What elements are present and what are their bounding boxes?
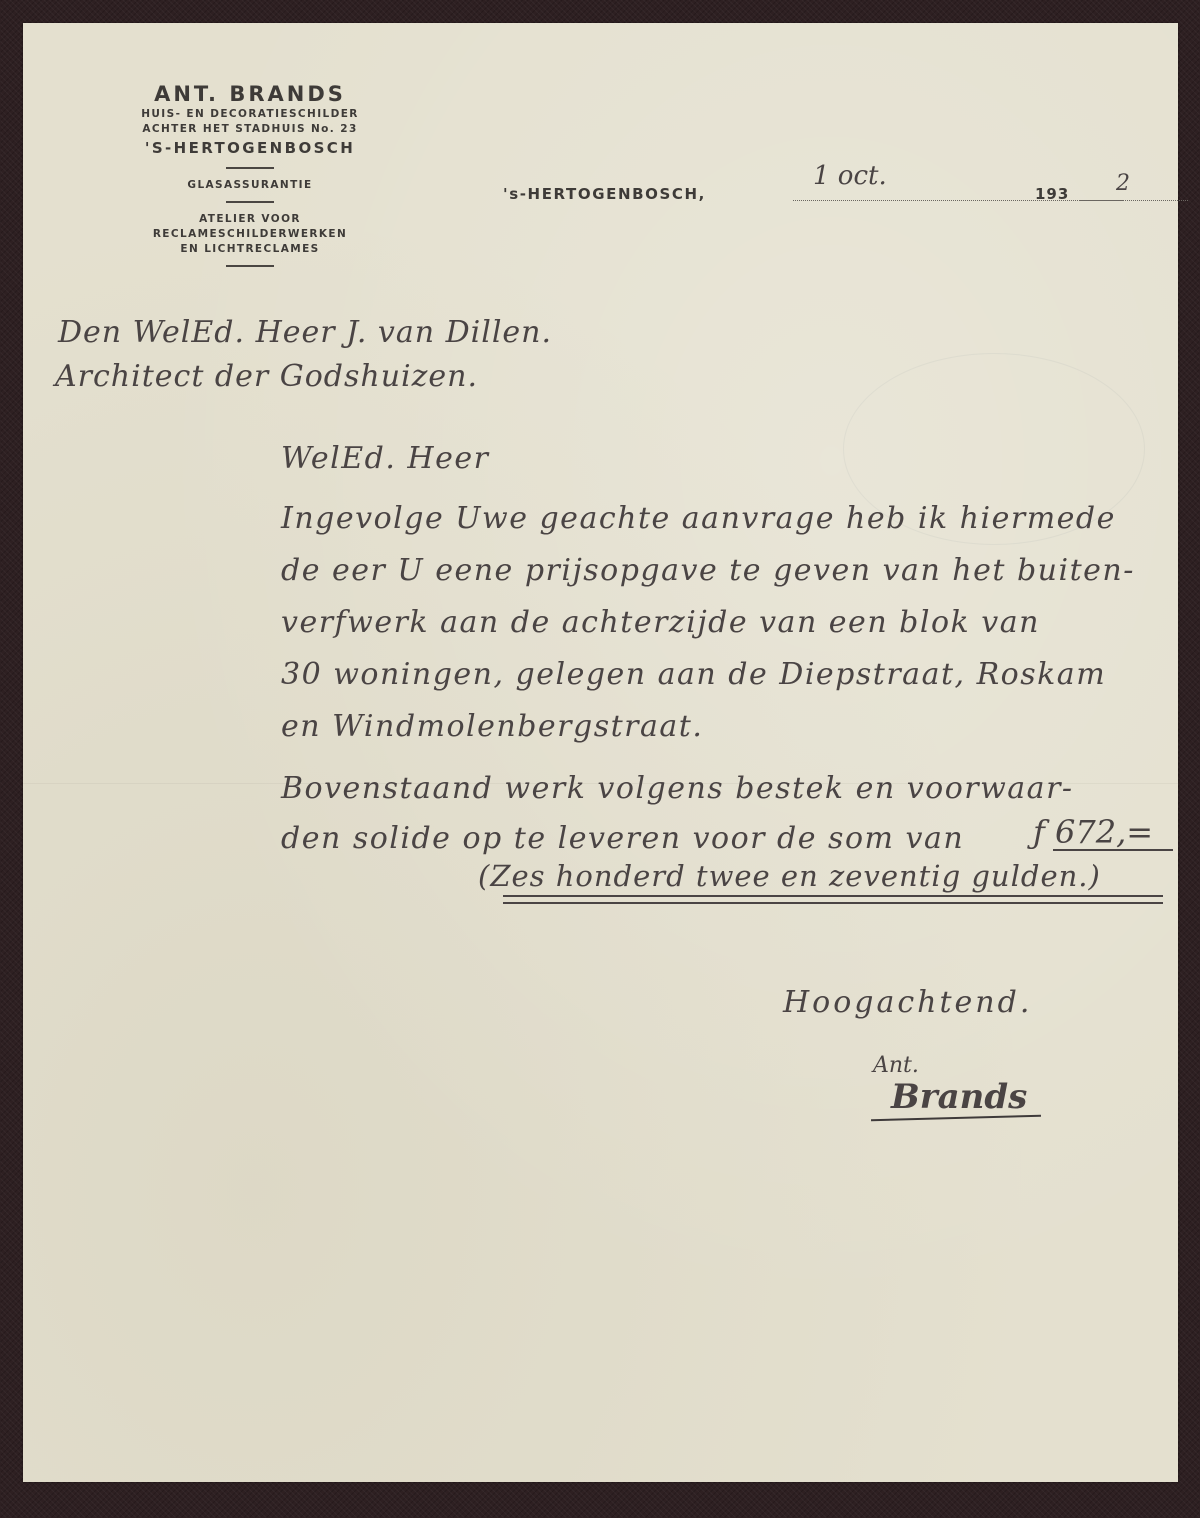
letter-sheet: ANT. BRANDS HUIS- EN DECORATIESCHILDER A… — [23, 23, 1178, 1482]
paragraph1-line: 30 woningen, gelegen aan de Diepstraat, … — [281, 657, 1106, 692]
divider — [226, 265, 274, 267]
service-glass-insurance: GLASASSURANTIE — [105, 178, 395, 193]
date-dotted-line — [793, 200, 1188, 201]
addressee-line-1: Den WelEd. Heer J. van Dillen. — [58, 315, 552, 350]
paragraph1-line: de eer U eene prijsopgave te geven van h… — [281, 553, 1135, 588]
salutation: WelEd. Heer — [281, 441, 489, 476]
paragraph2-line: den solide op te leveren voor de som van — [281, 821, 964, 856]
letterhead: ANT. BRANDS HUIS- EN DECORATIESCHILDER A… — [105, 81, 395, 276]
service-atelier-line1: ATELIER VOOR — [105, 212, 395, 227]
paragraph1-line: verfwerk aan de achterzijde van een blok… — [281, 605, 1040, 640]
dateline-place: 's-HERTOGENBOSCH, — [503, 185, 706, 203]
quoted-amount: ƒ 672,= — [1033, 813, 1153, 851]
amount-underline — [1053, 849, 1173, 851]
service-atelier-line3: EN LICHTRECLAMES — [105, 242, 395, 257]
company-name: ANT. BRANDS — [105, 81, 395, 107]
dateline-year-printed: 193 — [1035, 185, 1069, 203]
company-city: 'S-HERTOGENBOSCH — [105, 137, 395, 159]
signature-first-name: Ant. — [873, 1053, 919, 1078]
signature-surname: Brands — [891, 1077, 1027, 1117]
handwritten-date: 1 oct. — [813, 161, 887, 191]
divider — [226, 201, 274, 203]
paragraph1-line: Ingevolge Uwe geachte aanvrage heb ik hi… — [281, 501, 1116, 536]
amount-in-words-double-underline — [503, 895, 1163, 904]
handwritten-year-digit: 2 — [1116, 171, 1130, 196]
paragraph2-line: Bovenstaand werk volgens bestek en voorw… — [281, 771, 1074, 806]
divider — [226, 167, 274, 169]
company-trade: HUIS- EN DECORATIESCHILDER — [105, 107, 395, 122]
paragraph1-line: en Windmolenbergstraat. — [281, 709, 703, 744]
closing: Hoogachtend. — [783, 985, 1032, 1020]
amount-in-words: (Zes honderd twee en zeventig gulden.) — [478, 859, 1101, 893]
service-atelier-line2: RECLAMESCHILDERWERKEN — [105, 227, 395, 242]
company-address: ACHTER HET STADHUIS No. 23 — [105, 122, 395, 137]
year-dotted-line — [1079, 200, 1123, 201]
addressee-line-2: Architect der Godshuizen. — [55, 359, 478, 394]
